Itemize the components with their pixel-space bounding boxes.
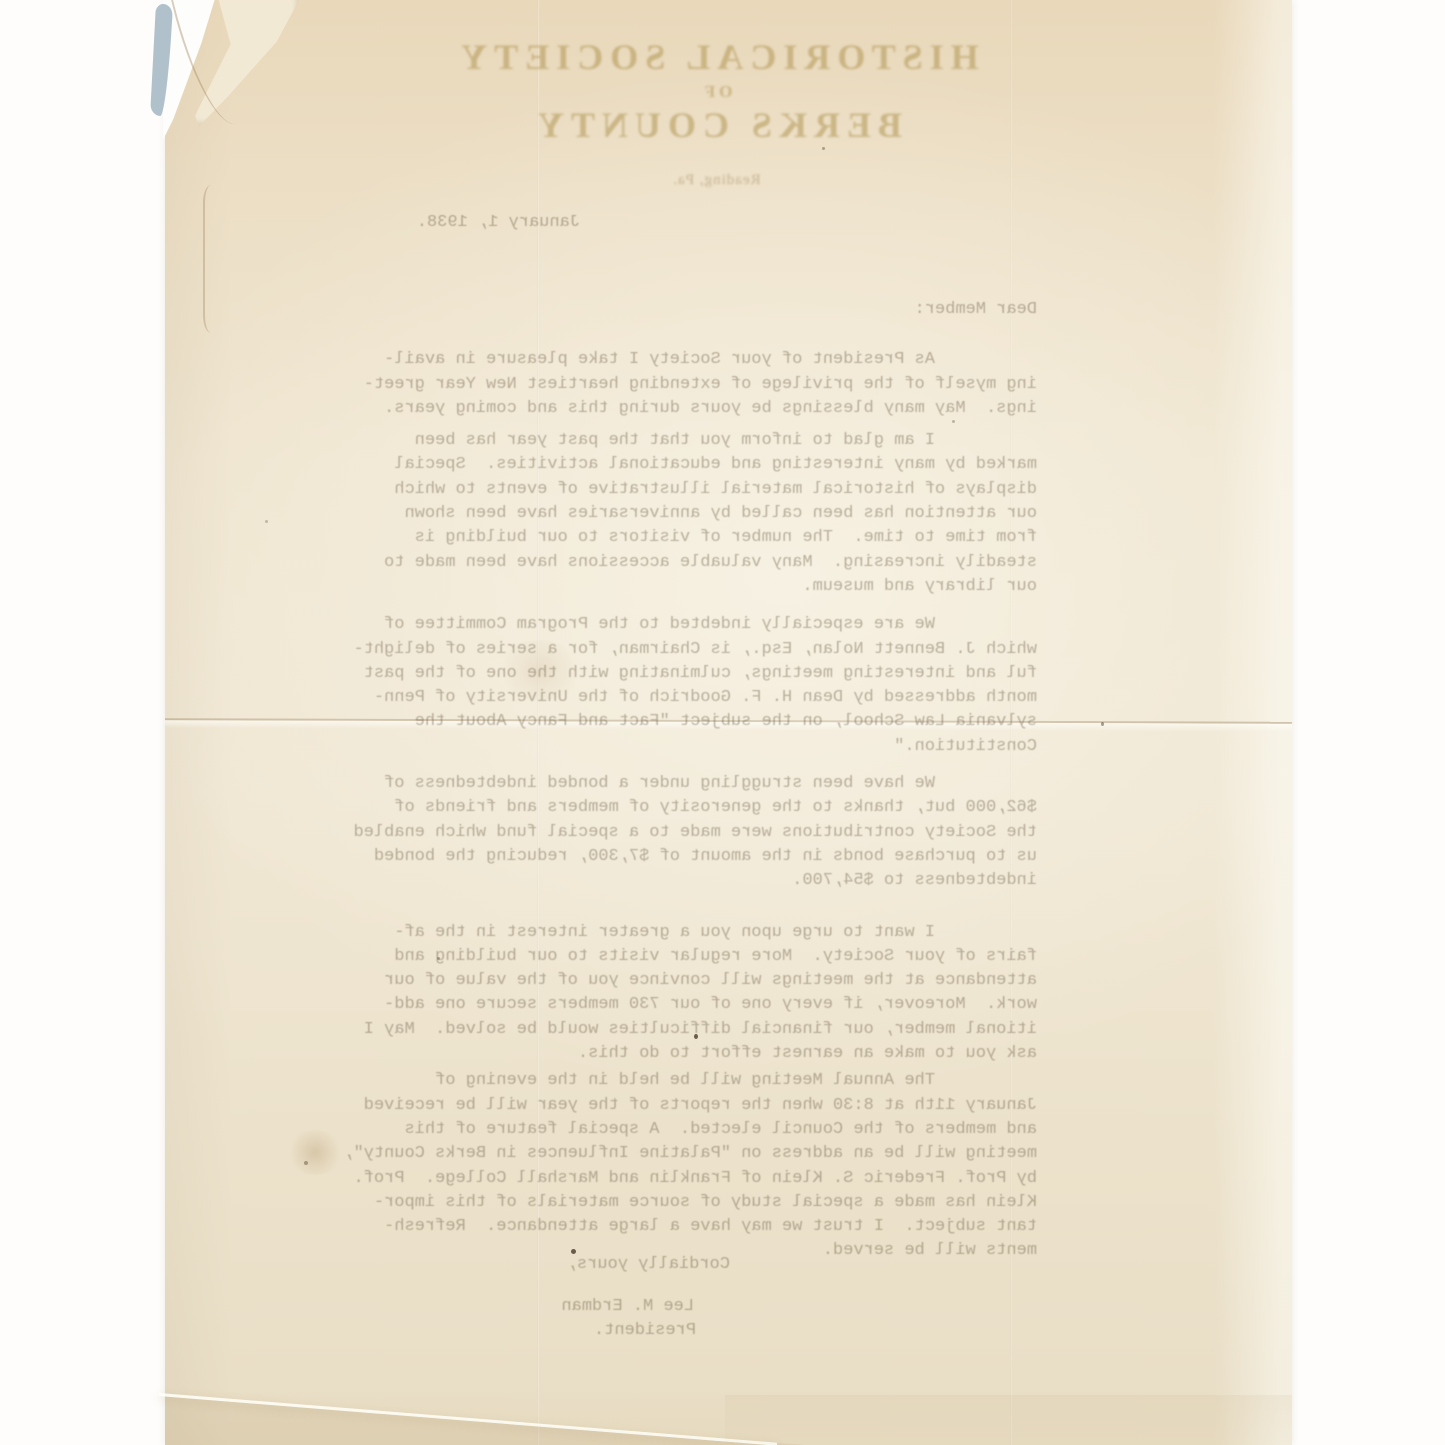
salutation: Dear Member: xyxy=(272,298,1037,322)
letterhead-place: Reading, Pa. xyxy=(153,172,1280,189)
bleed-through-text: HISTORICAL SOCIETY OF BERKS COUNTY Readi… xyxy=(165,0,1292,1445)
closing-line: Cordially yours, xyxy=(567,1255,730,1274)
letterhead-line2: OF xyxy=(153,82,1280,102)
paragraph: As President of your Society I take plea… xyxy=(272,348,1037,421)
paragraph: I am glad to inform you that the past ye… xyxy=(272,429,1037,599)
letter-body: Dear Member: As President of your Societ… xyxy=(272,298,1037,1264)
letterhead-line1: HISTORICAL SOCIETY xyxy=(153,34,1280,80)
date-line: January 1, 1938. xyxy=(417,213,580,232)
paragraph: We are especially indebted to the Progra… xyxy=(272,613,1037,759)
letterhead: HISTORICAL SOCIETY OF BERKS COUNTY Readi… xyxy=(153,34,1292,189)
paragraph: We have been struggling under a bonded i… xyxy=(272,772,1037,893)
signature-name: Lee M. Erdman xyxy=(561,1297,694,1316)
letterhead-line3: BERKS COUNTY xyxy=(153,102,1280,148)
letter-paper: HISTORICAL SOCIETY OF BERKS COUNTY Readi… xyxy=(165,0,1292,1445)
photo-background: HISTORICAL SOCIETY OF BERKS COUNTY Readi… xyxy=(0,0,1445,1445)
paragraph: The Annual Meeting will be held in the e… xyxy=(272,1069,1037,1263)
signature-title: President. xyxy=(594,1321,696,1340)
paragraph: I want to urge upon you a greater intere… xyxy=(272,921,1037,1067)
